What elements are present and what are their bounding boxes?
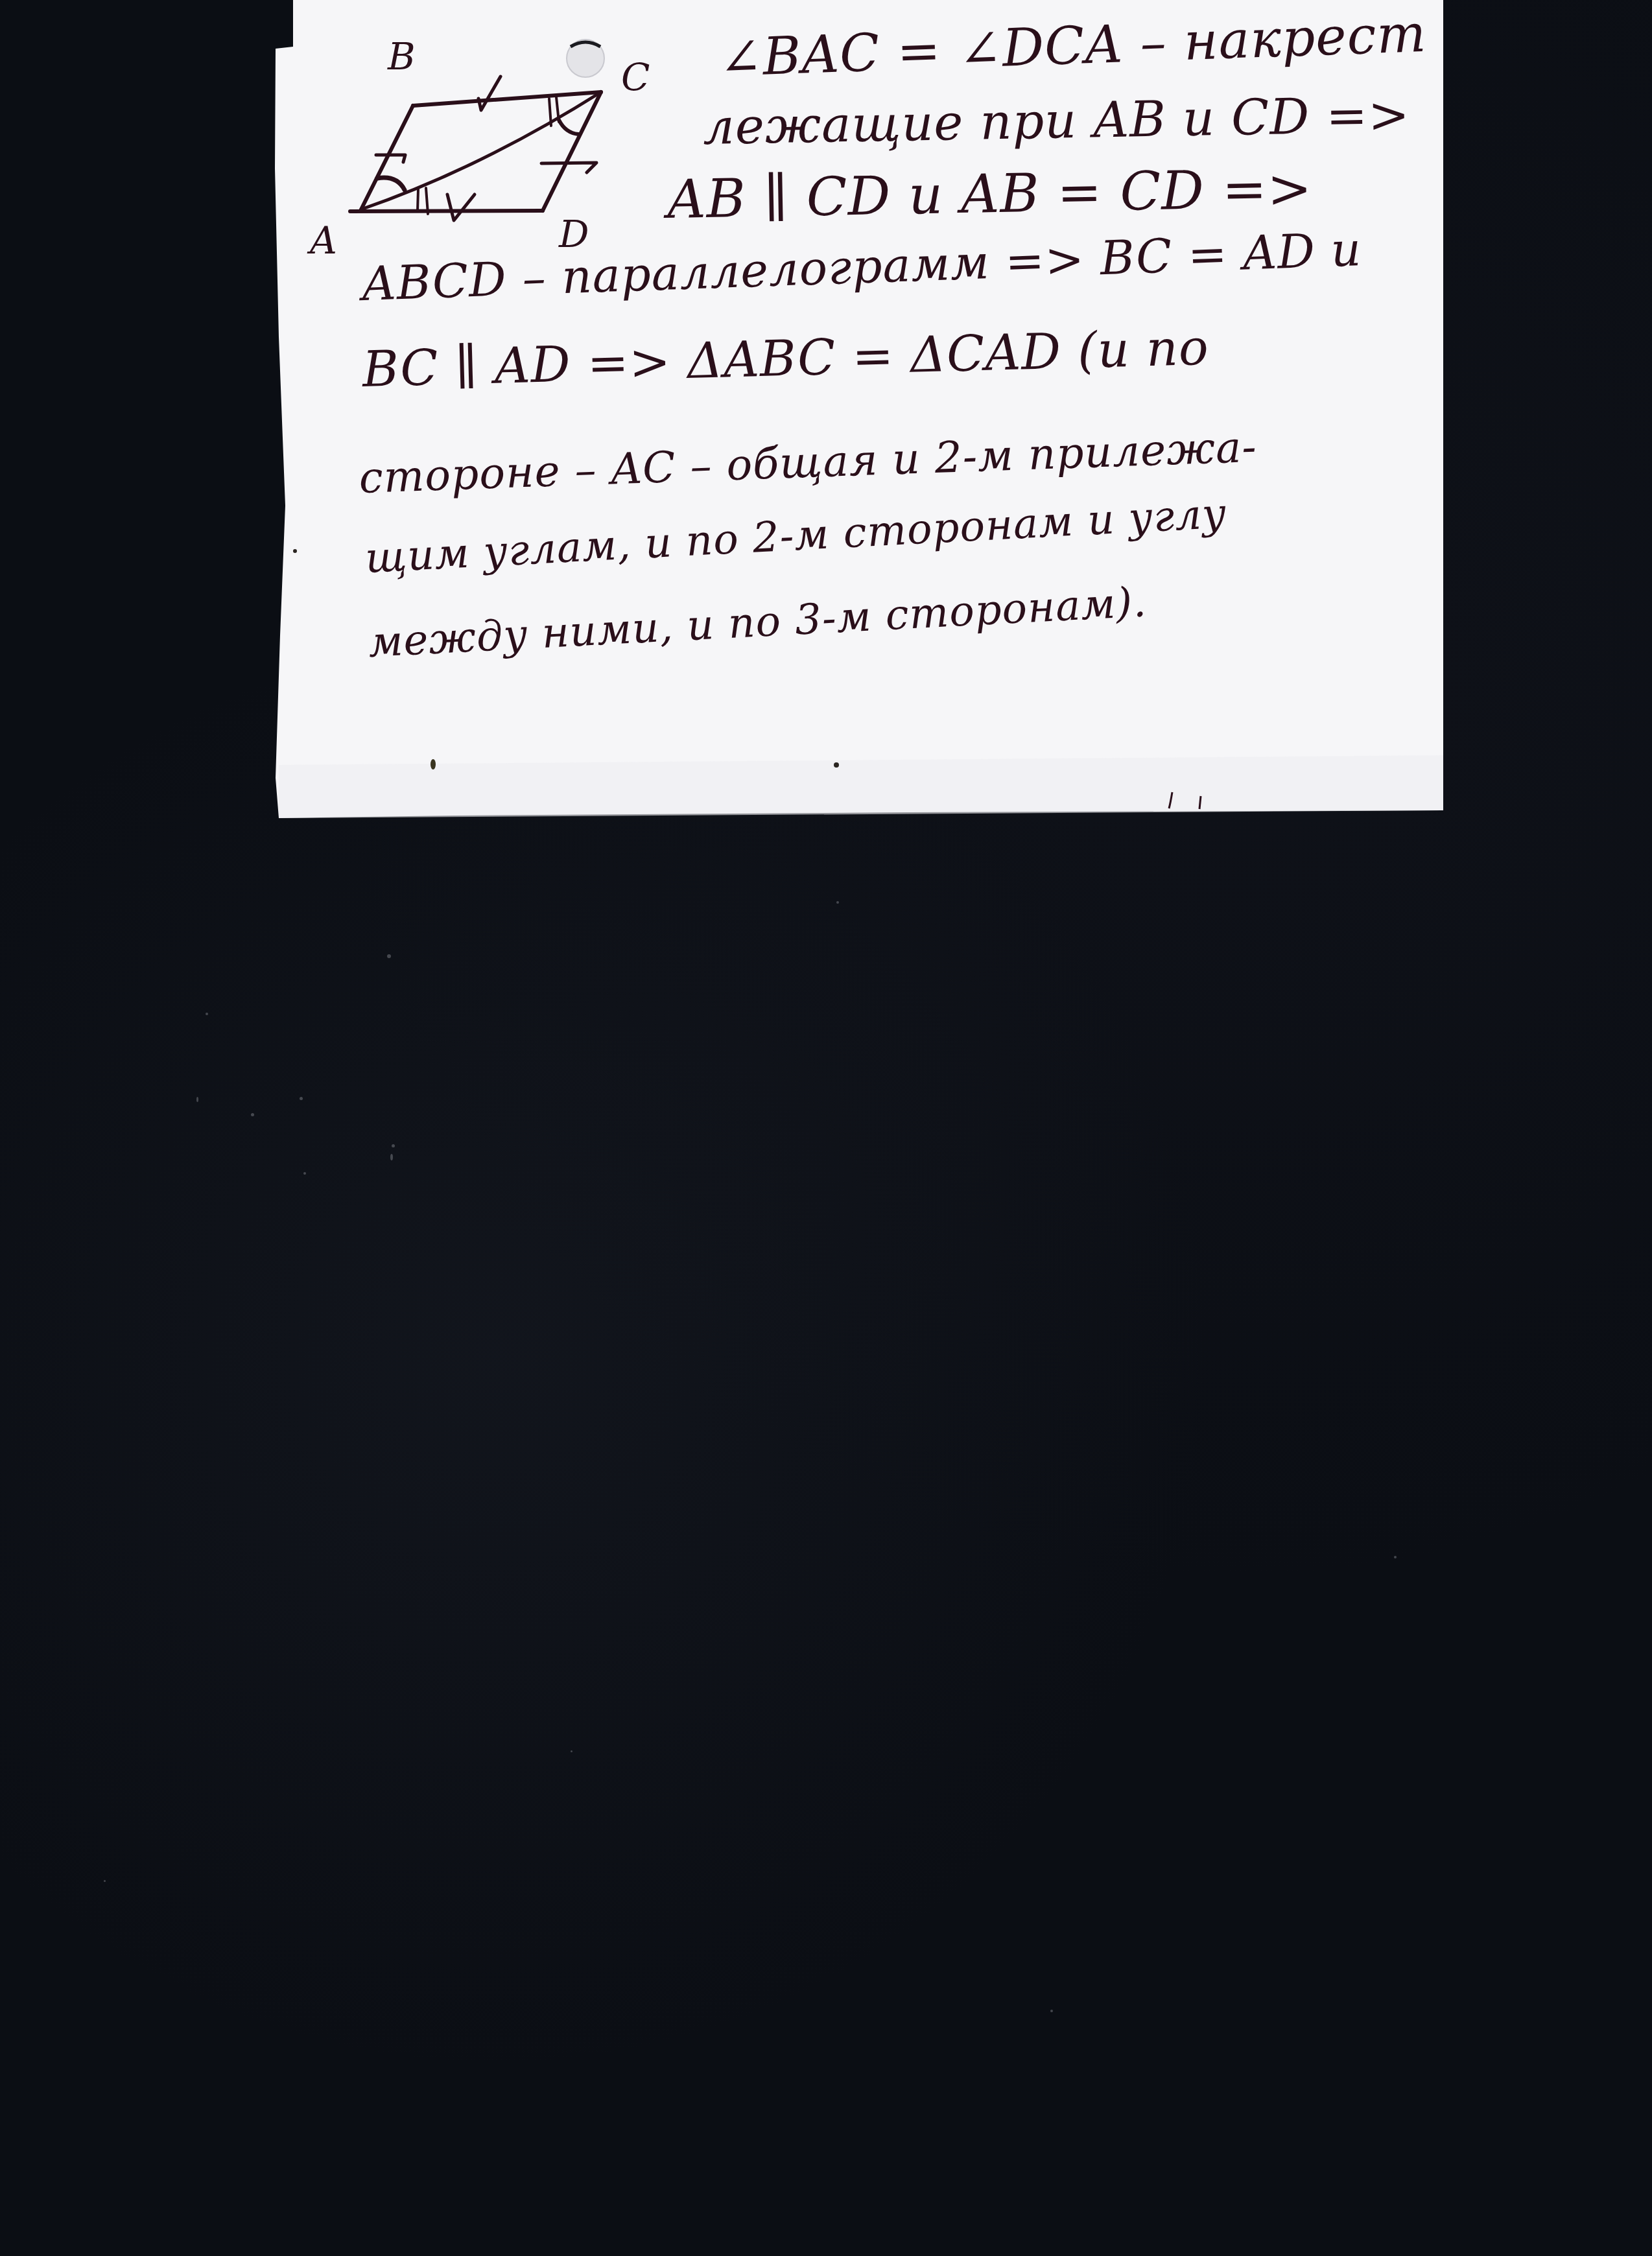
scan-speck — [206, 1013, 208, 1015]
vertex-label-a: A — [310, 222, 337, 259]
scan-speck — [251, 1113, 254, 1116]
scan-speck — [387, 954, 391, 958]
proof-line-3: AB ∥ CD и AB = CD => — [667, 163, 1313, 227]
scan-speck — [1050, 2010, 1053, 2012]
scan-speck — [196, 1097, 198, 1102]
proof-line-2: лежащие при AB и CD => — [703, 90, 1411, 152]
scan-speck — [1394, 1556, 1397, 1558]
vertex-label-c: C — [621, 58, 650, 96]
scan-speck — [303, 1172, 306, 1175]
scan-speck — [571, 1750, 572, 1752]
handwritten-paper-sheet: B C A D ∠BAC = ∠DCA – накрест лежащие пр… — [0, 0, 1652, 843]
punched-hole-icon — [567, 40, 604, 77]
scan-speck — [390, 1154, 393, 1160]
scan-speck — [300, 1097, 303, 1100]
scan-speck — [392, 1144, 395, 1147]
vertex-label-d: D — [559, 215, 589, 253]
scan-speck — [104, 1880, 106, 1882]
vertex-label-b: B — [388, 38, 416, 75]
scan-speck — [836, 901, 839, 904]
